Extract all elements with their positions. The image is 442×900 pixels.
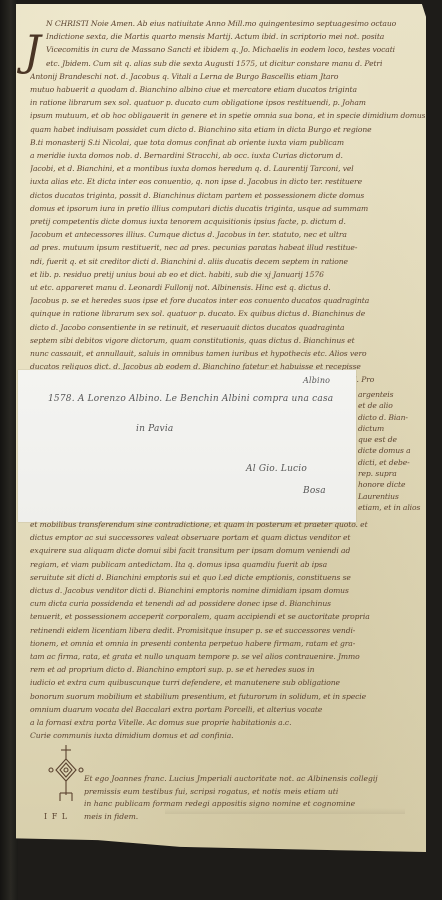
slip-note-line-1: 1578. A Lorenzo Albino. Le Benchin Albin… — [48, 394, 333, 404]
text-line: Et ego Joannes franc. Lucius Jmperiali a… — [24, 773, 394, 786]
text-line: seruitute sit dicti d. Bianchini emptori… — [30, 571, 425, 584]
text-line: nunc cassauit, et annullauit, saluis in … — [30, 347, 425, 360]
text-line: quinque in ratione librarum sex sol. qua… — [30, 307, 425, 320]
text-line: Indictione sexta, die Martis quarto mens… — [30, 30, 425, 43]
text-line: argenteis — [358, 389, 424, 400]
text-line: Curie communis iuxta dimidium domus et a… — [30, 729, 425, 742]
text-line: honore dicte — [358, 479, 424, 490]
text-line: etiam, et in alios — [358, 502, 424, 513]
text-line: N CHRISTI Noie Amen. Ab eius natiuitate … — [30, 17, 425, 30]
text-line: et lib. p. residuo pretij unius boui ab … — [30, 268, 425, 281]
text-line: cum dicta curia possidenda et tenendi ad… — [30, 597, 425, 610]
text-line: et mobilibus transferendum sine contradi… — [30, 518, 425, 531]
text-line: septem sibi debitos vigore dictorum, qua… — [30, 334, 425, 347]
text-line: B.ti monasterij S.ti Nicolai, que tota d… — [30, 136, 425, 149]
text-line: dictus emptor ac sui successores valeat … — [30, 531, 425, 544]
text-line: et de alio — [358, 400, 424, 411]
slip-signature-2: Bosa — [303, 486, 326, 496]
text-line: Jacobi, et d. Bianchini, et a montibus i… — [30, 162, 425, 175]
lower-text-body: et mobilibus transferendum sine contradi… — [30, 518, 425, 742]
torn-edge — [165, 808, 405, 814]
text-line: rep. supra — [358, 468, 424, 479]
text-line: Laurentius — [358, 491, 424, 502]
text-line: Antonij Brandeschi not. d. Jacobus q. Vi… — [30, 70, 425, 83]
text-line: a meridie iuxta domos nob. d. Bernardini… — [30, 149, 425, 162]
attached-paper-slip: Albino 1578. A Lorenzo Albino. Le Benchi… — [18, 370, 356, 522]
text-line: ad pres. mutuum ipsum restituerit, nec a… — [30, 241, 425, 254]
text-line: tam ac firma, rata, et grata et nullo un… — [30, 650, 425, 663]
archival-backing — [0, 0, 18, 900]
text-line: ndi, fuerit q. et sit creditor dicti d. … — [30, 255, 425, 268]
text-line: tenuerit, et possessionem acceperit corp… — [30, 610, 425, 623]
right-column-text: argenteis et de alio dicto d. Bian- dict… — [358, 389, 424, 513]
text-line: a la fornasi extra porta Vitelle. Ac dom… — [30, 716, 425, 729]
text-line: omnium duarum vocata del Baccalari extra… — [30, 703, 425, 716]
text-line: dictum — [358, 423, 424, 434]
text-line: Jacobum et antecessores illius. Cumque d… — [30, 228, 425, 241]
text-line: quam habet indiuisam possidet cum dicto … — [30, 123, 425, 136]
text-line: dictus d. Jacobus venditor dicti d. Bian… — [30, 584, 425, 597]
text-line: dictos ducatos triginta, possit d. Bianc… — [30, 189, 425, 202]
text-line: rem et ad proprium dicto d. Bianchino em… — [30, 663, 425, 676]
text-line: dicto d. Jacobo consentiente in se retin… — [30, 321, 425, 334]
text-line: retinendi eidem licentiam libera dedit. … — [30, 624, 425, 637]
text-line: pretij competentis dicte domus iuxta ten… — [30, 215, 425, 228]
notarial-subscription: Et ego Joannes franc. Lucius Jmperiali a… — [24, 773, 394, 823]
text-line: tionem, et omnia et omnia in presenti co… — [30, 637, 425, 650]
text-line: que est de — [358, 434, 424, 445]
text-line: mutuo habuerit a quodam d. Bianchino alb… — [30, 83, 425, 96]
text-line: dicti, et debe- — [358, 457, 424, 468]
text-line: etc. Jbidem. Cum sit q. alias sub die se… — [30, 57, 425, 70]
text-line: premissis eum testibus fui, scripsi roga… — [24, 786, 394, 799]
text-line: regiam, et viam publicam antedictam. Ita… — [30, 558, 425, 571]
text-line: iuxta alias etc. Et dicta inter eos conu… — [30, 175, 425, 188]
text-line: dicto d. Bian- — [358, 412, 424, 423]
text-line: ipsum mutuum, et ob hoc obligauerit in g… — [30, 109, 425, 122]
upper-text-body: N CHRISTI Noie Amen. Ab eius natiuitate … — [30, 17, 425, 387]
text-line: Jacobus p. se et heredes suos ipse et fo… — [30, 294, 425, 307]
text-line: iudicio et extra cum quibuscunque turri … — [30, 676, 425, 689]
text-line: in ratione librarum sex sol. quatuor p. … — [30, 96, 425, 109]
text-line: exquirere sua aliquam dicte domui sibi f… — [30, 544, 425, 557]
text-line: Vicecomitis in cura de Massano Sancti et… — [30, 43, 425, 56]
text-line: domus et ipsorum iura in pretio illius c… — [30, 202, 425, 215]
text-line: ut etc. appareret manu d. Leonardi Fullo… — [30, 281, 425, 294]
slip-note-line-2: in Pavia — [136, 424, 173, 434]
text-line: bonorum suorum mobilium et stabilium pre… — [30, 690, 425, 703]
slip-annotation: Albino — [303, 376, 330, 385]
slip-signature-1: Al Gio. Lucio — [246, 464, 307, 474]
text-line: dicte domus a — [358, 445, 424, 456]
